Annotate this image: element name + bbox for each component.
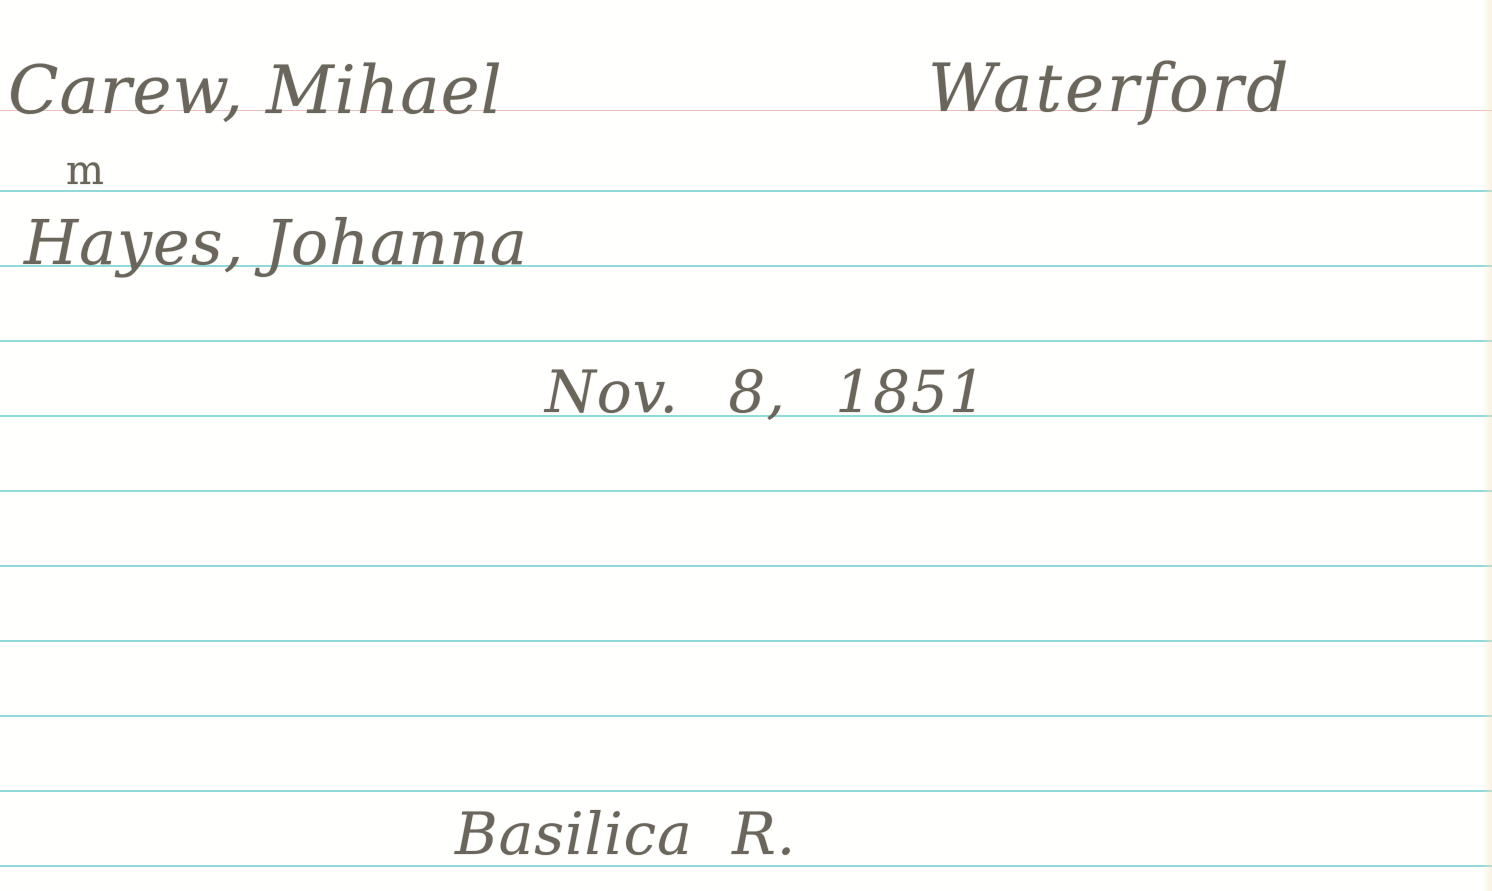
place-name: Waterford — [928, 50, 1292, 127]
body-rule-5 — [0, 490, 1492, 492]
body-rule-3 — [0, 340, 1492, 342]
bride-name: Hayes, Johanna — [24, 206, 528, 279]
body-rule-6 — [0, 565, 1492, 567]
body-rule-7 — [0, 640, 1492, 642]
body-rule-1 — [0, 190, 1492, 192]
body-rule-9 — [0, 790, 1492, 792]
marriage-date: Nov. 8, 1851 — [545, 358, 987, 426]
index-card: Carew, Mihael Waterford m Hayes, Johanna… — [0, 0, 1492, 891]
married-marker: m — [66, 148, 105, 194]
groom-name: Carew, Mihael — [8, 52, 503, 129]
body-rule-8 — [0, 715, 1492, 717]
card-edge-shadow — [1482, 0, 1492, 891]
officiant-name: Basilica R. — [455, 800, 796, 868]
